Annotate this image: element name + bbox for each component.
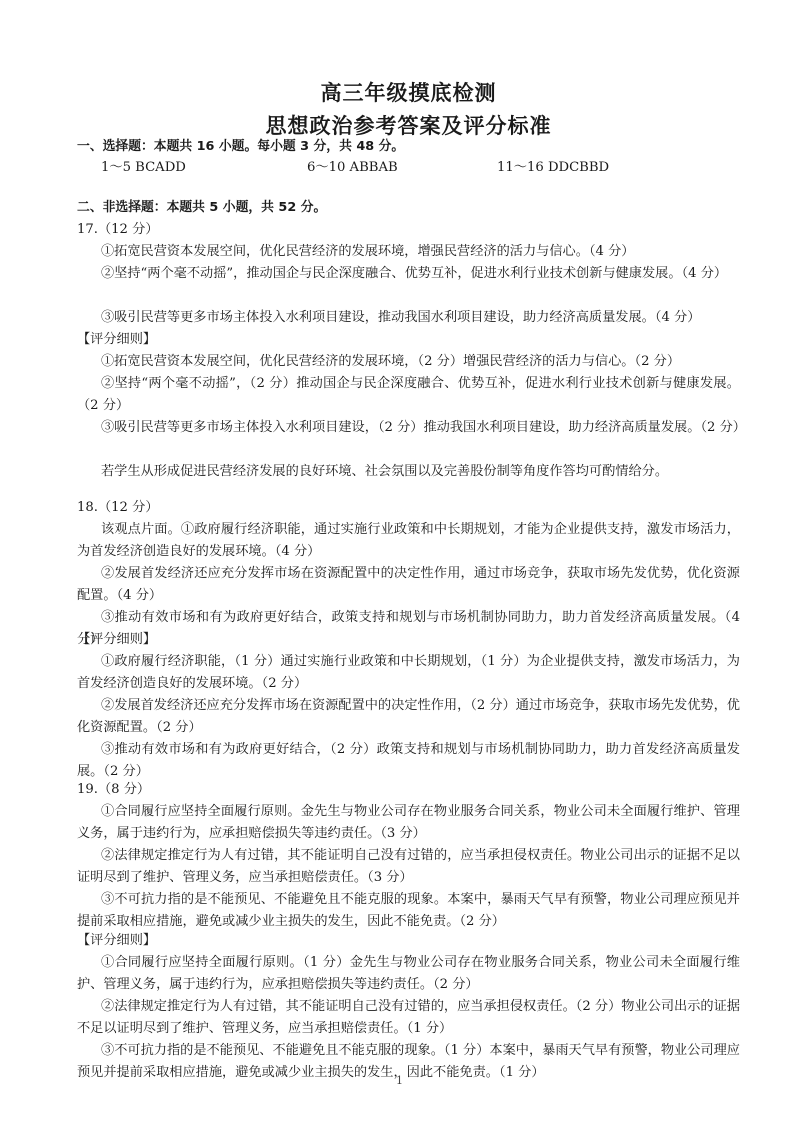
q17-rubric-label: 【评分细则】 [77,329,740,351]
q19-rubric-3: ③不可抗力指的是不能预见、不能避免且不能克服的现象。（1 分）本案中，暴雨天气早… [77,1040,740,1084]
q18-rubric-2: ②发展首发经济还应充分发挥市场在资源配置中的决定性作用，（2 分）通过市场竞争，… [77,695,740,739]
mc-answers-6-10: 6～10 ABBAB [307,157,398,179]
q17-answer-2: ②坚持“两个毫不动摇”，推动国企与民企深度融合、优势互补，促进水利行业技术创新与… [77,263,740,285]
q19-rubric-2: ②法律规定推定行为人有过错，其不能证明自己没有过错的，应当承担侵权责任。（2 分… [77,996,740,1040]
q18-rubric-3: ③推动有效市场和有为政府更好结合，（2 分）政策支持和规划与市场机制协同助力，助… [77,739,740,783]
q17-rubric-note: 若学生从形成促进民营经济发展的良好环境、社会氛围以及完善股份制等角度作答均可酌情… [77,461,740,483]
mc-answers-11-16: 11～16 DDCBBD [497,157,609,179]
q19-answer-3: ③不可抗力指的是不能预见、不能避免且不能克服的现象。本案中，暴雨天气早有预警，物… [77,889,740,933]
q19-header: 19.（8 分） [77,779,740,801]
document-title: 高三年级摸底检测 [77,77,740,107]
q19-answer-2: ②法律规定推定行为人有过错，其不能证明自己没有过错的，应当承担侵权责任。物业公司… [77,845,740,889]
q19-answer-1: ①合同履行应坚持全面履行原则。金先生与物业公司存在物业服务合同关系，物业公司未全… [77,801,740,845]
q17-answer-3: ③吸引民营等更多市场主体投入水利项目建设，推动我国水利项目建设，助力经济高质量发… [77,307,740,329]
section2-heading: 二、非选择题：本题共 5 小题，共 52 分。 [77,197,740,219]
q18-rubric-label: 【评分细则】 [77,629,740,651]
q18-rubric-1: ①政府履行经济职能，（1 分）通过实施行业政策和中长期规划，（1 分）为企业提供… [77,651,740,695]
q17-rubric-2: ②坚持“两个毫不动摇”，（2 分）推动国企与民企深度融合、优势互补，促进水利行业… [77,373,740,417]
q19-rubric-label: 【评分细则】 [77,930,740,952]
q17-header: 17.（12 分） [77,219,740,241]
mc-answers-1-5: 1～5 BCADD [101,157,186,179]
q18-answer-2: ②发展首发经济还应充分发挥市场在资源配置中的决定性作用，通过市场竞争，获取市场先… [77,563,740,607]
section1-heading: 一、选择题：本题共 16 小题。每小题 3 分，共 48 分。 [77,136,740,158]
q17-answer-1: ①拓宽民营资本发展空间，优化民营经济的发展环境，增强民营经济的活力与信心。（4 … [77,241,740,263]
q19-rubric-1: ①合同履行应坚持全面履行原则。（1 分）金先生与物业公司存在物业服务合同关系，物… [77,952,740,996]
page-number: 1 [396,1074,403,1087]
q18-header: 18.（12 分） [77,497,740,519]
q18-answer-1: 该观点片面。①政府履行经济职能，通过实施行业政策和中长期规划，才能为企业提供支持… [77,519,740,563]
q17-rubric-3: ③吸引民营等更多市场主体投入水利项目建设，（2 分）推动我国水利项目建设，助力经… [77,417,740,439]
q17-rubric-1: ①拓宽民营资本发展空间，优化民营经济的发展环境，（2 分）增强民营经济的活力与信… [77,351,740,373]
